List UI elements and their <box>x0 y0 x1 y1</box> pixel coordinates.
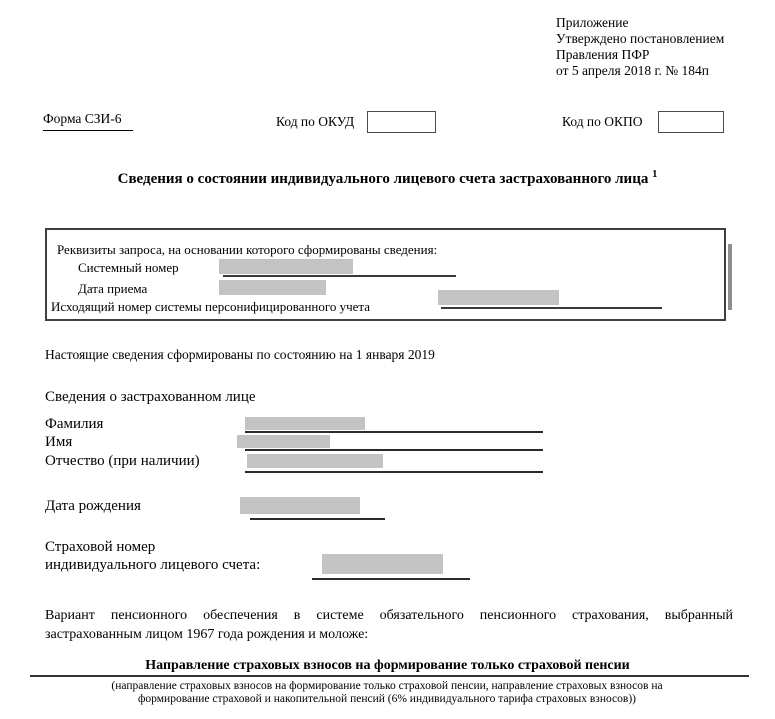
request-box-heading: Реквизиты запроса, на основании которого… <box>57 242 437 258</box>
pension-variant-intro-line1: Вариант пенсионного обеспечения в систем… <box>45 606 733 625</box>
form-code-label: Форма СЗИ-6 <box>43 111 133 131</box>
outgoing-number-label: Исходящий номер системы персонифицирован… <box>51 299 370 315</box>
okpo-label: Код по ОКПО <box>562 114 643 130</box>
birth-date-redacted-value <box>240 497 360 514</box>
okud-label: Код по ОКУД <box>276 114 354 130</box>
pension-option-clarification: (направление страховых взносов на формир… <box>87 680 687 705</box>
title-footnote-mark: 1 <box>652 169 657 180</box>
status-line: Настоящие сведения сформированы по состо… <box>45 347 435 363</box>
approval-block: Приложение Утверждено постановлением Пра… <box>556 15 724 79</box>
birth-date-underline <box>250 518 385 520</box>
approval-line: Приложение <box>556 15 724 31</box>
patronymic-label: Отчество (при наличии) <box>45 453 200 470</box>
insurance-number-redacted-value <box>322 554 443 574</box>
okud-code-box <box>367 111 436 133</box>
request-details-box: Реквизиты запроса, на основании которого… <box>45 228 726 321</box>
insured-person-heading: Сведения о застрахованном лице <box>45 389 256 406</box>
outgoing-number-underline <box>441 307 662 309</box>
firstname-label: Имя <box>45 434 72 451</box>
approval-line: от 5 апреля 2018 г. № 184п <box>556 63 724 79</box>
system-number-redacted-value <box>219 259 353 274</box>
surname-underline <box>245 431 543 433</box>
firstname-redacted-value <box>237 435 330 448</box>
pension-variant-intro-line2: застрахованным лицом 1967 года рождения … <box>45 625 733 644</box>
receipt-date-label: Дата приема <box>78 281 147 297</box>
approval-line: Утверждено постановлением <box>556 31 724 47</box>
option-underline-rule <box>30 675 749 677</box>
system-number-underline <box>223 275 456 277</box>
pension-variant-intro: Вариант пенсионного обеспечения в систем… <box>45 606 733 644</box>
patronymic-redacted-value <box>247 454 383 468</box>
surname-label: Фамилия <box>45 416 103 433</box>
insurance-number-label-line1: Страховой номер <box>45 539 155 556</box>
document-page: Приложение Утверждено постановлением Пра… <box>0 0 775 719</box>
page-title-text: Сведения о состоянии индивидуального лиц… <box>118 171 649 187</box>
firstname-underline <box>245 449 543 451</box>
surname-redacted-value <box>245 417 365 430</box>
insurance-number-underline <box>312 578 470 580</box>
box-shadow-strip <box>728 244 732 310</box>
page-title: Сведения о состоянии индивидуального лиц… <box>0 169 775 188</box>
outgoing-number-redacted-value <box>438 290 559 305</box>
birth-date-label: Дата рождения <box>45 498 141 515</box>
approval-line: Правления ПФР <box>556 47 724 63</box>
selected-pension-option: Направление страховых взносов на формиро… <box>0 658 775 674</box>
okpo-code-box <box>658 111 724 133</box>
patronymic-underline <box>245 471 543 473</box>
receipt-date-redacted-value <box>219 280 326 295</box>
insurance-number-label-line2: индивидуального лицевого счета: <box>45 557 260 574</box>
system-number-label: Системный номер <box>78 260 179 276</box>
